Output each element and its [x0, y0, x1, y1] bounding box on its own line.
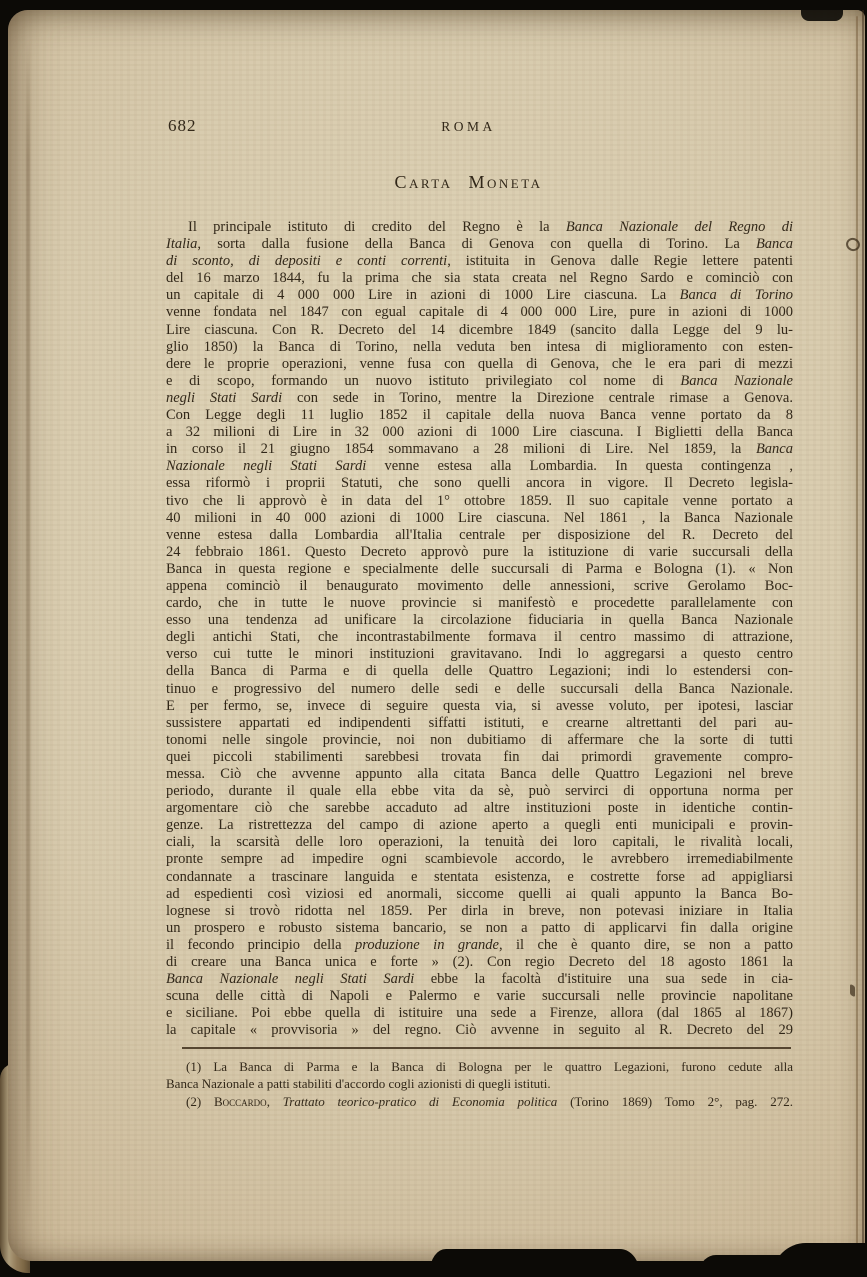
text-line: della Banca di Parma e di quella delle Q…: [166, 663, 793, 680]
text-line: Italia, sorta dalla fusione della Banca …: [166, 236, 793, 253]
page-edge-line-inner: [856, 16, 858, 1253]
text-line: messa. Ciò che avvenne appunto alla cita…: [166, 766, 793, 783]
text-line: e siciliane. Poi ebbe quella di istituir…: [166, 1005, 793, 1022]
type-area: 682 ROMA Carta Moneta Il principale isti…: [166, 116, 793, 1110]
scanned-book-page: 682 ROMA Carta Moneta Il principale isti…: [0, 0, 867, 1277]
text-line: cardo, che in tutte le nuove provincie s…: [166, 595, 793, 612]
text-line: glio 1850) la Banca di Torino, nella ved…: [166, 339, 793, 356]
text-line: genze. La ristrettezza del campo di azio…: [166, 817, 793, 834]
page-edge-line-outer: [862, 10, 864, 1261]
text-line: (1) La Banca di Parma e la Banca di Bolo…: [166, 1058, 793, 1076]
text-line: (2) Boccardo, Trattato teorico-pratico d…: [166, 1093, 793, 1111]
text-line: Con Legge degli 11 luglio 1852 il capita…: [166, 407, 793, 424]
text-line: un capitale di 4 000 000 Lire in azioni …: [166, 287, 793, 304]
text-line: la capitale « provvisoria » del regno. C…: [166, 1022, 793, 1039]
edge-speck: [850, 984, 855, 998]
gutter-crease: [26, 40, 30, 1221]
text-line: E per fermo, se, invece di seguire quest…: [166, 698, 793, 715]
text-line: esso una tendenza ad unificare la circol…: [166, 612, 793, 629]
text-line: essa riformò i proprii Statuti, che sono…: [166, 475, 793, 492]
text-line: tonomi nelle singole provincie, noi non …: [166, 732, 793, 749]
text-line: ciali, la scarsità delle loro operazioni…: [166, 834, 793, 851]
text-line: ad espedienti così viziosi ed anormali, …: [166, 886, 793, 903]
text-line: scuna delle città di Napoli e Palermo e …: [166, 988, 793, 1005]
text-line: del 16 marzo 1844, fu la prima che sia s…: [166, 270, 793, 287]
footnotes-block: (1) La Banca di Parma e la Banca di Bolo…: [166, 1058, 793, 1111]
running-header: 682 ROMA: [166, 116, 793, 138]
text-line: Banca Nazionale negli Stati Sardi ebbe l…: [166, 971, 793, 988]
text-line: lognese si trovò ridotta nel 1859. Per d…: [166, 903, 793, 920]
text-line: quei piccoli stabilimenti sarebbesi trov…: [166, 749, 793, 766]
text-line: condannate a trascinare languida e stent…: [166, 869, 793, 886]
text-line: 24 febbraio 1861. Questo Decreto approvò…: [166, 544, 793, 561]
text-line: di creare una Banca unica e forte » (2).…: [166, 954, 793, 971]
text-line: Lire ciascuna. Con R. Decreto del 14 dic…: [166, 322, 793, 339]
text-line: Banca in questa regione e specialmente d…: [166, 561, 793, 578]
section-title: Carta Moneta: [155, 172, 782, 193]
text-line: dere le proprie operazioni, venne fusa c…: [166, 356, 793, 373]
body-paragraph: Il principale istituto di credito del Re…: [166, 219, 793, 1040]
text-line: 40 milioni in 40 000 azioni di 1000 Lire…: [166, 510, 793, 527]
text-line: tinuo e progressivo del numero delle sed…: [166, 681, 793, 698]
top-edge-notch: [801, 10, 843, 21]
running-head-title: ROMA: [155, 119, 782, 135]
text-line: degli antichi Stati, che incontrastabilm…: [166, 629, 793, 646]
text-line: in corso il 21 giugno 1854 sommavano a 2…: [166, 441, 793, 458]
text-line: periodo, durante il quale ella ebbe vita…: [166, 783, 793, 800]
text-line: argomentare ciò che sarebbe accaduto ad …: [166, 800, 793, 817]
text-line: di sconto, di depositi e conti correnti,…: [166, 253, 793, 270]
page-paper: 682 ROMA Carta Moneta Il principale isti…: [8, 10, 865, 1261]
text-line: pronte sempre ad impedire ogni scambievo…: [166, 851, 793, 868]
text-line: negli Stati Sardi con sede in Torino, me…: [166, 390, 793, 407]
bottom-shadow-blob: [772, 1243, 867, 1277]
text-line: verso cui tutte le minori instituzioni g…: [166, 646, 793, 663]
footnote-rule: [182, 1047, 791, 1049]
binding-ring-mark: [844, 236, 862, 253]
text-line: tivo che li approvò è in data del 1° ott…: [166, 493, 793, 510]
text-line: Nazionale negli Stati Sardi venne estesa…: [166, 458, 793, 475]
text-line: venne estesa dalla Lombardia all'Italia …: [166, 527, 793, 544]
text-line: a 32 milioni di Lire in 32 000 azioni di…: [166, 424, 793, 441]
text-line: sussistere appartati ed indipendenti sif…: [166, 715, 793, 732]
text-line: Il principale istituto di credito del Re…: [166, 219, 793, 236]
text-line: il fecondo principio della produzione in…: [166, 937, 793, 954]
text-line: un prospero e robusto sistema bancario, …: [166, 920, 793, 937]
text-line: venne fondata nel 1847 con egual capital…: [166, 304, 793, 321]
bottom-shadow-blob: [430, 1249, 640, 1277]
text-line: e di scopo, formando un nuovo istituto p…: [166, 373, 793, 390]
text-line: Banca Nazionale a patti stabiliti d'acco…: [166, 1075, 793, 1093]
text-line: appena cominciò il benaugurato movimento…: [166, 578, 793, 595]
